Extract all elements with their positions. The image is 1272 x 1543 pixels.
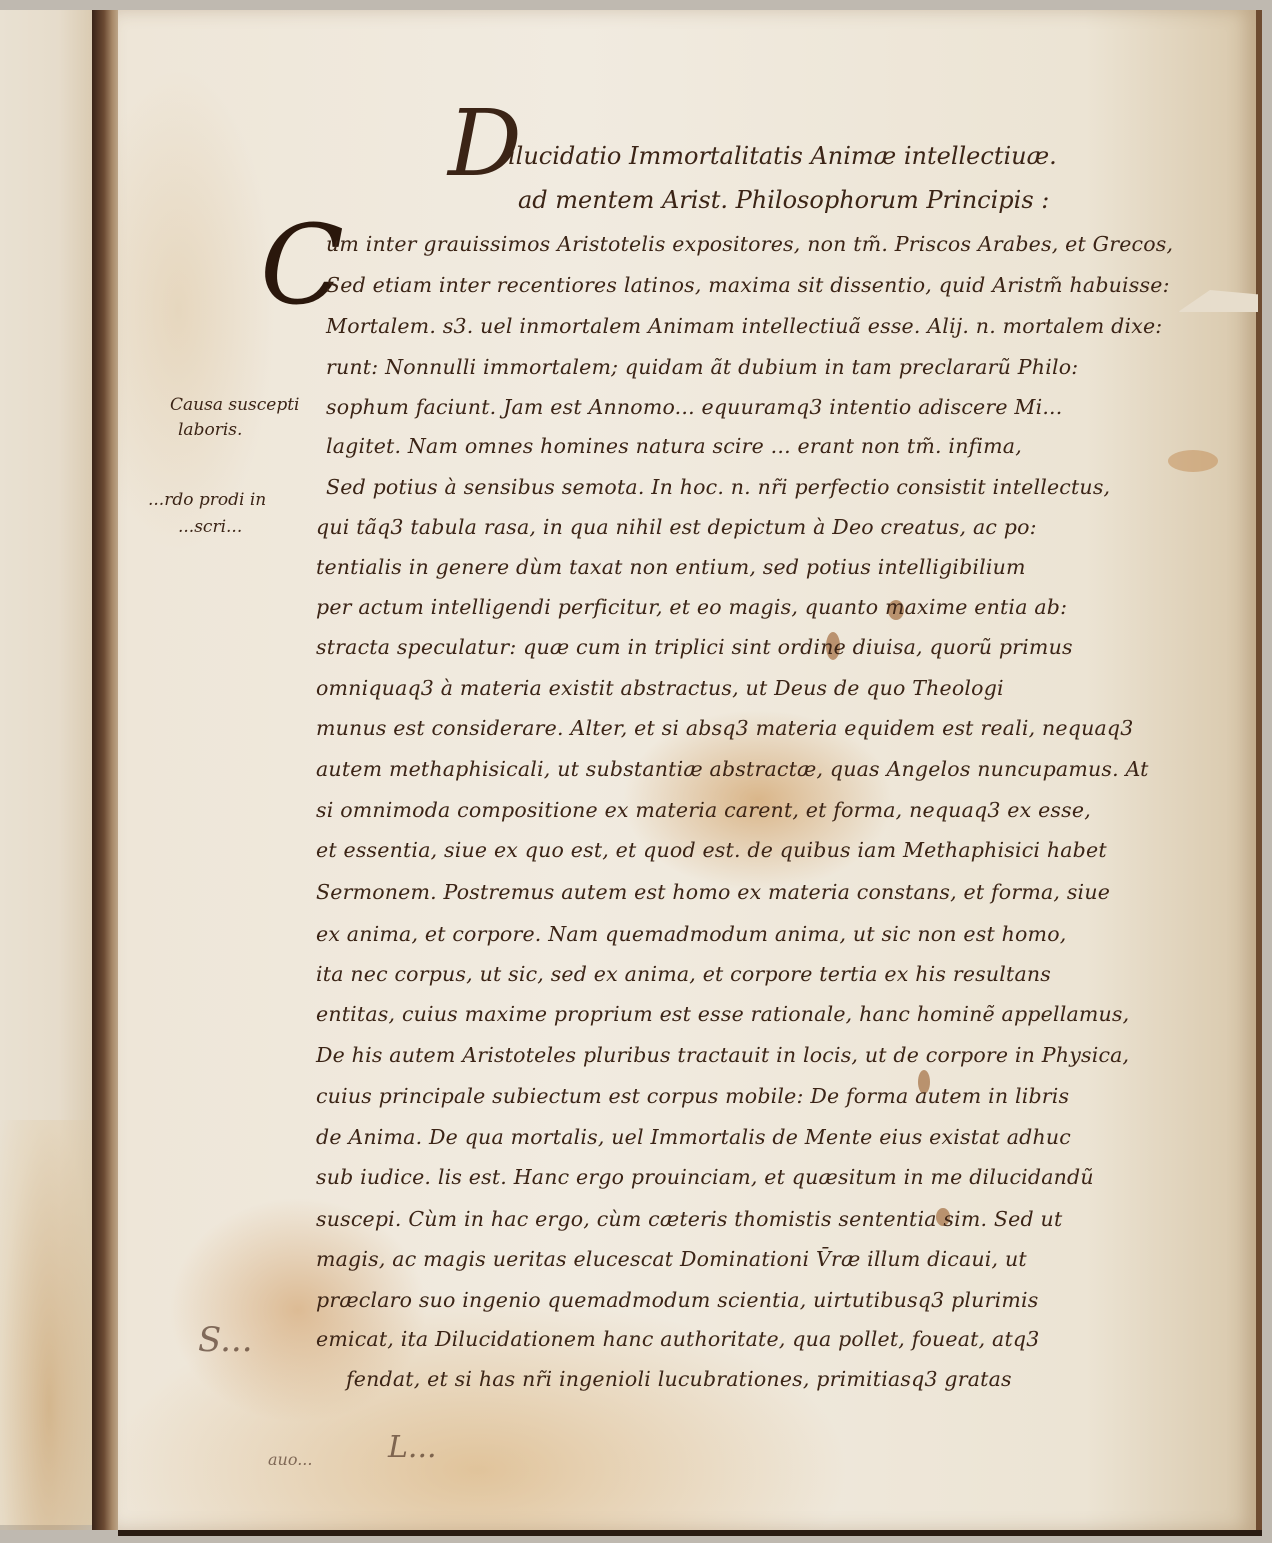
body-line: sub iudice. lis est. Hanc ergo prouincia… xyxy=(316,1165,1094,1189)
water-stain xyxy=(1168,450,1218,472)
body-line: munus est considerare. Alter, et si absq… xyxy=(316,716,1133,740)
body-line: præclaro suo ingenio quemadmodum scienti… xyxy=(316,1288,1038,1312)
manuscript-page: D ilucidatio Immortalitatis Animæ intell… xyxy=(118,10,1262,1530)
body-line: si omnimoda compositione ex materia care… xyxy=(316,798,1091,822)
body-line: Mortalem. s3. uel inmortalem Animam inte… xyxy=(326,314,1162,338)
body-line: per actum intelligendi perficitur, et eo… xyxy=(316,595,1067,619)
body-line: omniquaq3 à materia existit abstractus, … xyxy=(316,676,1004,700)
bottom-scribble: auo... xyxy=(268,1450,312,1469)
body-line: Sermonem. Postremus autem est homo ex ma… xyxy=(316,880,1110,904)
bottom-scribble: L... xyxy=(388,1430,437,1465)
body-line: magis, ac magis ueritas elucescat Domina… xyxy=(316,1247,1027,1271)
body-line: emicat, ita Dilucidationem hanc authorit… xyxy=(316,1327,1039,1351)
left-flyleaf xyxy=(0,10,98,1525)
body-line: entitas, cuius maxime proprium est esse … xyxy=(316,1002,1129,1026)
body-line: tentialis in genere dùm taxat non entium… xyxy=(316,555,1026,579)
body-line: De his autem Aristoteles pluribus tracta… xyxy=(316,1043,1129,1067)
body-line: de Anima. De qua mortalis, uel Immortali… xyxy=(316,1125,1071,1149)
manuscript-scan: D ilucidatio Immortalitatis Animæ intell… xyxy=(0,0,1272,1543)
title-line-2: ad mentem Arist. Philosophorum Principis… xyxy=(518,186,1049,214)
body-line: Sed etiam inter recentiores latinos, max… xyxy=(326,273,1170,297)
page-tear xyxy=(1178,290,1258,312)
bottom-scribble: S... xyxy=(198,1320,253,1360)
margin-note-2-line-2: ...scri... xyxy=(178,517,242,537)
margin-note-1-line-2: laboris. xyxy=(178,420,242,440)
body-line: stracta speculatur: quæ cum in triplici … xyxy=(316,635,1073,659)
title-line-1: ilucidatio Immortalitatis Animæ intellec… xyxy=(508,142,1057,170)
body-line: um inter grauissimos Aristotelis exposit… xyxy=(326,232,1173,256)
body-line: Sed potius à sensibus semota. In hoc. n.… xyxy=(326,475,1110,499)
body-line: cuius principale subiectum est corpus mo… xyxy=(316,1084,1069,1108)
body-line: qui tãq3 tabula rasa, in qua nihil est d… xyxy=(316,515,1037,539)
body-line: ex anima, et corpore. Nam quemadmodum an… xyxy=(316,922,1066,946)
margin-note-2-line-1: ...rdo prodi in xyxy=(148,490,266,510)
body-line: ita nec corpus, ut sic, sed ex anima, et… xyxy=(316,962,1051,986)
body-initial: C xyxy=(260,210,344,320)
body-line: autem methaphisicali, ut substantiæ abst… xyxy=(316,757,1149,781)
body-line: suscepi. Cùm in hac ergo, cùm cæteris th… xyxy=(316,1207,1062,1231)
body-line: fendat, et si has nr̃i ingenioli lucubra… xyxy=(346,1367,1012,1391)
body-line: runt: Nonnulli immortalem; quidam ãt dub… xyxy=(326,355,1078,379)
body-line: sophum faciunt. Jam est Annomo... equura… xyxy=(326,395,1062,419)
body-line: et essentia, siue ex quo est, et quod es… xyxy=(316,838,1107,862)
margin-note-1-line-1: Causa suscepti xyxy=(170,395,299,415)
body-line: lagitet. Nam omnes homines natura scire … xyxy=(326,434,1022,458)
